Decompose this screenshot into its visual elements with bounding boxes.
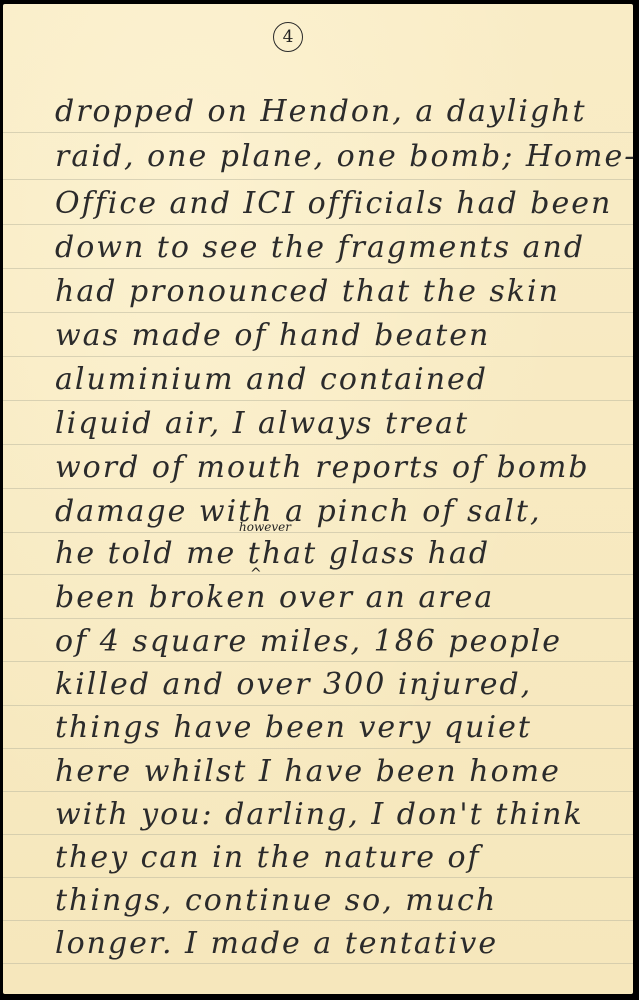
text-line: damage with a pinch of salt,: [55, 494, 625, 529]
page-number: 4: [273, 22, 303, 52]
ruled-line: [3, 920, 633, 921]
text-line: liquid air, I always treat: [55, 406, 625, 441]
text-line: down to see the fragments and: [55, 230, 625, 265]
text-line: was made of hand beaten: [55, 318, 625, 353]
ruled-line: [3, 179, 633, 180]
ruled-line: [3, 132, 633, 133]
text-line: aluminium and contained: [55, 362, 625, 397]
text-line: things have been very quiet: [55, 710, 625, 745]
text-line: they can in the nature of: [55, 840, 625, 875]
text-line: dropped on Hendon, a daylight: [55, 94, 625, 129]
ruled-line: [3, 268, 633, 269]
letter-page: 4 dropped on Hendon, a daylight raid, on…: [3, 4, 633, 994]
ruled-line: [3, 574, 633, 575]
text-line: word of mouth reports of bomb: [55, 450, 625, 485]
text-line: things, continue so, much: [55, 883, 625, 918]
ruled-line: [3, 224, 633, 225]
ruled-line: [3, 488, 633, 489]
ruled-line: [3, 356, 633, 357]
ruled-line: [3, 705, 633, 706]
ruled-line: [3, 963, 633, 964]
inserted-word: however: [239, 520, 291, 534]
ruled-line: [3, 618, 633, 619]
ruled-line: [3, 834, 633, 835]
ruled-line: [3, 444, 633, 445]
text-line: he told me that glass had: [55, 536, 625, 571]
text-line: of 4 square miles, 186 people: [55, 624, 625, 659]
ruled-line: [3, 400, 633, 401]
ruled-line: [3, 532, 633, 533]
text-line: with you: darling, I don't think: [55, 797, 625, 832]
ruled-line: [3, 312, 633, 313]
text-line: raid, one plane, one bomb; Home-: [55, 139, 625, 174]
ruled-line: [3, 661, 633, 662]
ruled-line: [3, 748, 633, 749]
text-line: killed and over 300 injured,: [55, 667, 625, 702]
text-line: Office and ICI officials had been: [55, 186, 625, 221]
text-line: had pronounced that the skin: [55, 274, 625, 309]
text-line: longer. I made a tentative: [55, 926, 625, 961]
ruled-line: [3, 791, 633, 792]
text-line: here whilst I have been home: [55, 754, 625, 789]
ruled-line: [3, 877, 633, 878]
text-line: been broken over an area: [55, 580, 625, 615]
